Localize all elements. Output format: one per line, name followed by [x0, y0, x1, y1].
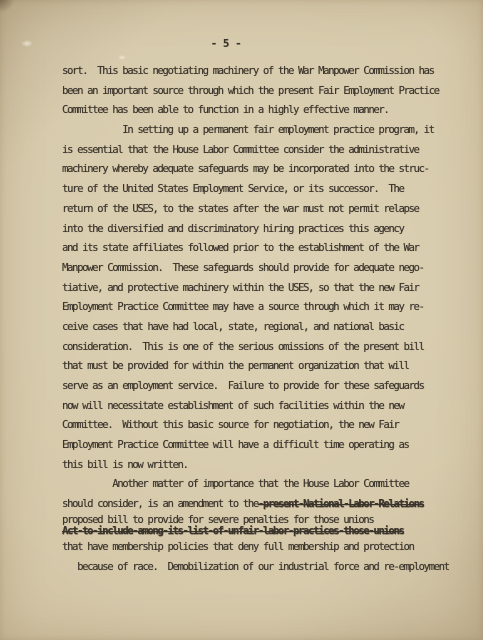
text-segment: sort. This basic negotiating machinery o…: [62, 65, 434, 77]
text-segment: proposed bill to provide for severe pena…: [62, 514, 373, 526]
text-segment: Employment Practice Committee will have …: [62, 439, 409, 451]
text-line: ture of the United States Employment Ser…: [62, 180, 463, 200]
text-line: machinery whereby adequate safeguards ma…: [62, 160, 463, 180]
text-line: into the diversified and discriminatory …: [62, 220, 463, 240]
text-line: is essential that the House Labor Commit…: [62, 141, 463, 161]
text-line: been an important source through which t…: [62, 82, 463, 102]
text-line: Committee has been able to function in a…: [62, 101, 463, 121]
text-segment: ture of the United States Employment Ser…: [62, 183, 403, 195]
text-line: Committee. Without this basic source for…: [62, 416, 463, 436]
text-line: and its state affiliates followed prior …: [62, 239, 463, 259]
document-page: - 5 - sort. This basic negotiating machi…: [0, 0, 483, 640]
text-line: return of the USES, to the states after …: [62, 200, 463, 220]
text-line: Another matter of importance that the Ho…: [62, 475, 463, 495]
text-segment: and its state affiliates followed prior …: [62, 242, 419, 254]
text-segment: return of the USES, to the states after …: [62, 203, 419, 215]
strikethrough-text: Act-to-include-among-its-list-of-unfair-…: [62, 525, 403, 537]
text-segment: into the diversified and discriminatory …: [62, 223, 403, 235]
text-segment: Committee. Without this basic source for…: [62, 419, 398, 431]
paragraph: In setting up a permanent fair employmen…: [62, 121, 463, 475]
text-segment: Manpower Commission. These safeguards sh…: [62, 262, 424, 274]
text-segment: that must be provided for within the per…: [62, 360, 409, 372]
text-line: now will necessitate establishment of su…: [62, 397, 463, 417]
text-segment: is essential that the House Labor Commit…: [62, 144, 419, 156]
paper-speck: [118, 55, 126, 60]
text-segment: that have membership policies that deny …: [62, 541, 414, 553]
text-line: Act-to-include-among-its-list-of-unfair-…: [62, 526, 463, 538]
text-segment: this bill is now written.: [62, 459, 188, 471]
text-segment: because of race. Demobilization of our i…: [62, 561, 449, 573]
text-line: this bill is now written.: [62, 456, 463, 476]
paragraph: Another matter of importance that the Ho…: [62, 475, 463, 577]
text-segment: tiative, and protective machinery within…: [62, 282, 419, 294]
text-segment: Committee has been able to function in a…: [62, 104, 388, 116]
text-line: sort. This basic negotiating machinery o…: [62, 62, 463, 82]
text-line: Employment Practice Committee will have …: [62, 436, 463, 456]
text-segment: Employment Practice Committee may have a…: [62, 301, 424, 313]
text-segment: ceive cases that have had local, state, …: [62, 321, 403, 333]
text-segment: Another matter of importance that the Ho…: [62, 478, 409, 490]
text-line: tiative, and protective machinery within…: [62, 279, 463, 299]
text-line: should consider, is an amendment to the-…: [62, 495, 463, 515]
text-line: that must be provided for within the per…: [62, 357, 463, 377]
text-line: Manpower Commission. These safeguards sh…: [62, 259, 463, 279]
text-line: ceive cases that have had local, state, …: [62, 318, 463, 338]
text-line: In setting up a permanent fair employmen…: [62, 121, 463, 141]
text-segment: been an important source through which t…: [62, 85, 439, 97]
text-segment: serve as an employment service. Failure …: [62, 380, 424, 392]
text-segment: consideration. This is one of the seriou…: [62, 341, 424, 353]
text-segment: now will necessitate establishment of su…: [62, 400, 403, 412]
text-line: serve as an employment service. Failure …: [62, 377, 463, 397]
paragraph: sort. This basic negotiating machinery o…: [62, 62, 463, 121]
text-segment: should consider, is an amendment to the: [62, 498, 258, 510]
text-line: because of race. Demobilization of our i…: [62, 558, 463, 578]
text-line: consideration. This is one of the seriou…: [62, 338, 463, 358]
page-number: - 5 -: [0, 38, 452, 50]
scan-corner-shadow: [0, 0, 15, 13]
text-segment: In setting up a permanent fair employmen…: [62, 124, 434, 136]
strikethrough-text: -present-National-Labor-Relations: [258, 498, 424, 510]
document-body: sort. This basic negotiating machinery o…: [62, 62, 463, 577]
text-line: Employment Practice Committee may have a…: [62, 298, 463, 318]
text-segment: machinery whereby adequate safeguards ma…: [62, 163, 429, 175]
text-line: that have membership policies that deny …: [62, 538, 463, 558]
